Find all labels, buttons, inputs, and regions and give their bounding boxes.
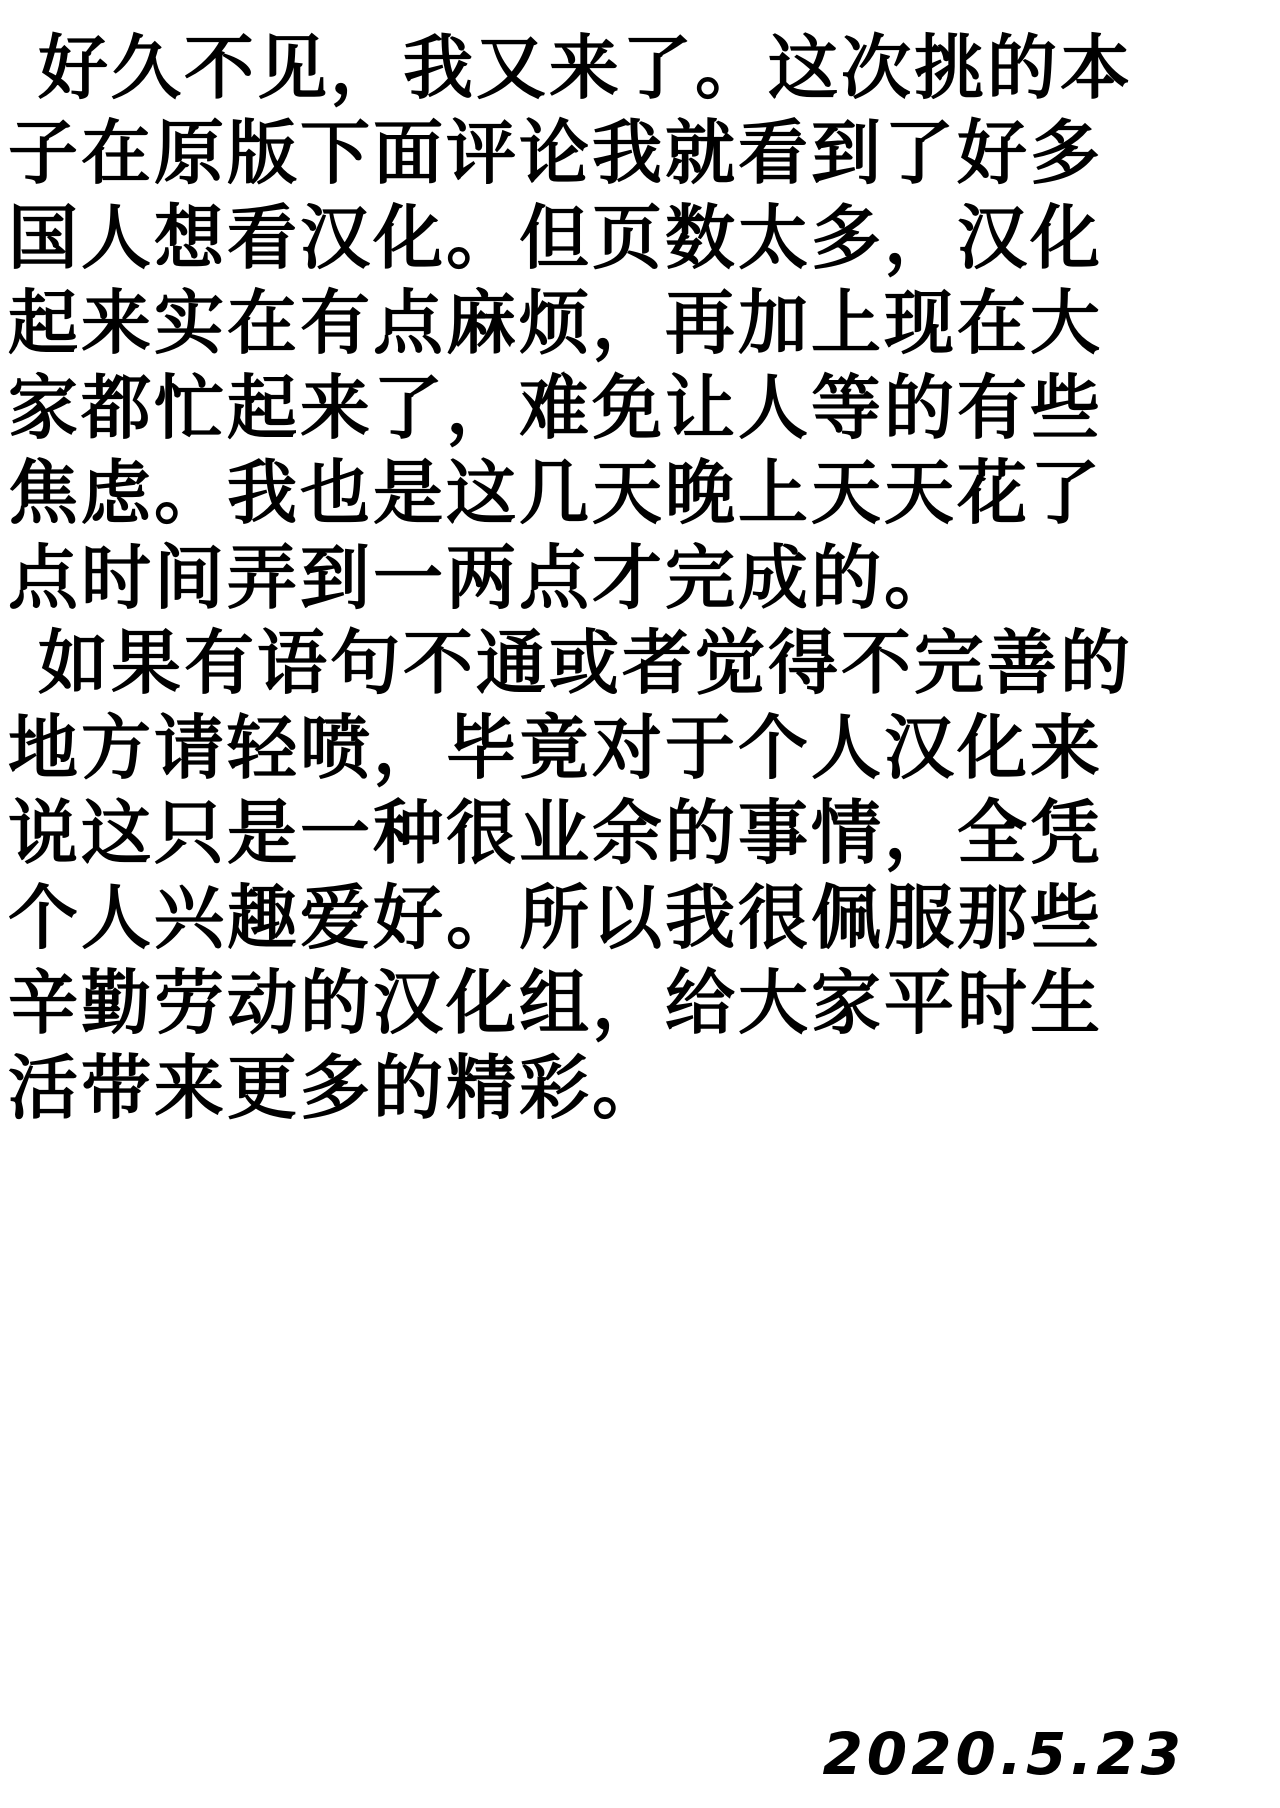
note-line: 活带来更多的精彩。	[8, 1046, 1272, 1131]
note-line: 点时间弄到一两点才完成的。	[8, 536, 1272, 621]
date-text: 2020.5.23	[822, 1720, 1185, 1788]
note-line: 辛勤劳动的汉化组，给大家平时生	[8, 961, 1272, 1046]
note-line: 如果有语句不通或者觉得不完善的	[8, 621, 1272, 706]
note-line: 说这只是一种很业余的事情，全凭	[8, 791, 1272, 876]
note-text-block: 好久不见，我又来了。这次挑的本 子在原版下面评论我就看到了好多 国人想看汉化。但…	[8, 26, 1272, 1131]
note-line: 家都忙起来了，难免让人等的有些	[8, 366, 1272, 451]
note-line: 好久不见，我又来了。这次挑的本	[8, 26, 1272, 111]
note-line: 个人兴趣爱好。所以我很佩服那些	[8, 876, 1272, 961]
note-line: 起来实在有点麻烦，再加上现在大	[8, 281, 1272, 366]
note-line: 焦虑。我也是这几天晚上天天花了	[8, 451, 1272, 536]
note-line: 子在原版下面评论我就看到了好多	[8, 111, 1272, 196]
note-line: 国人想看汉化。但页数太多，汉化	[8, 196, 1272, 281]
note-line: 地方请轻喷，毕竟对于个人汉化来	[8, 706, 1272, 791]
translator-note-page: 好久不见，我又来了。这次挑的本 子在原版下面评论我就看到了好多 国人想看汉化。但…	[0, 0, 1280, 1808]
